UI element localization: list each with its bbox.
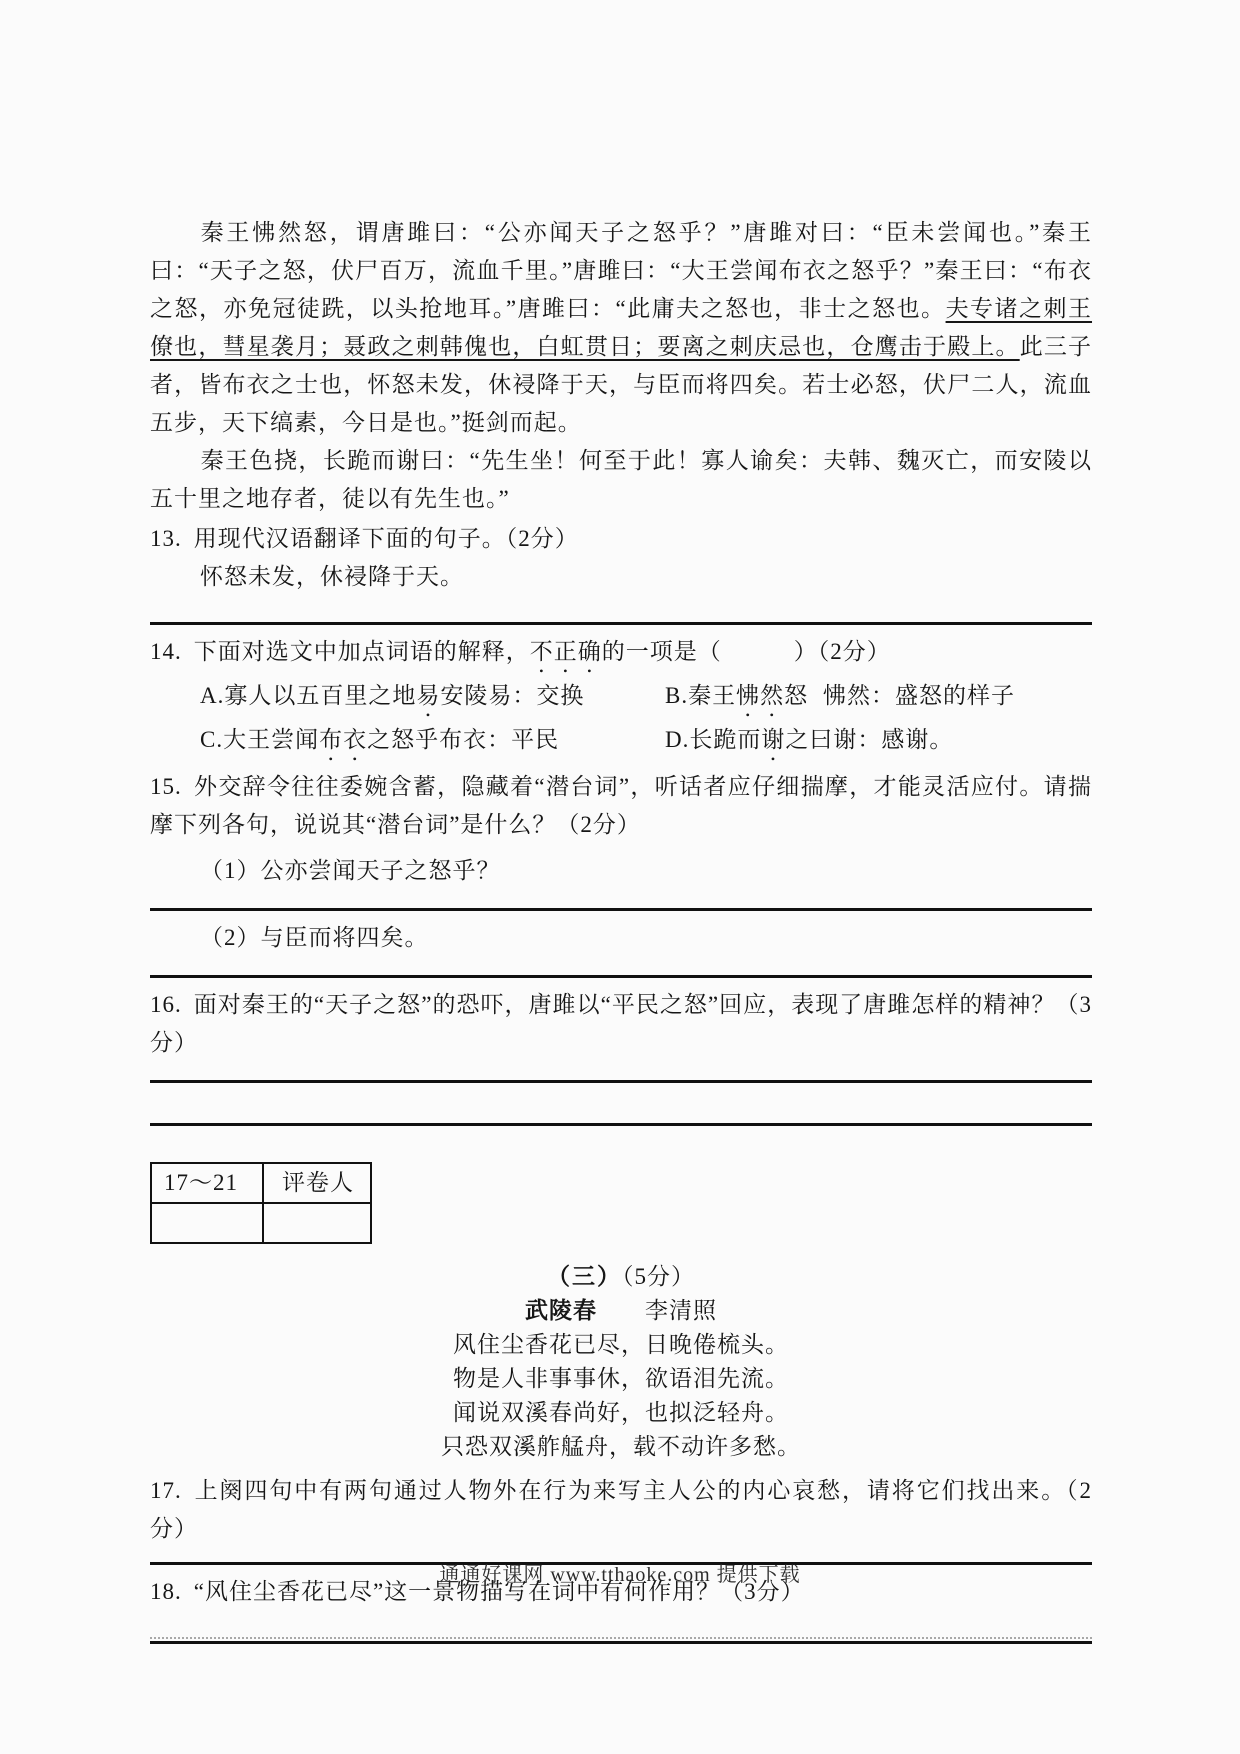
question-16-number: 16. (150, 992, 182, 1017)
grading-table-grader-label: 评卷人 (263, 1163, 371, 1203)
option-c-stem: C.大王尝闻布衣之怒乎 (200, 723, 439, 766)
dotted-guide-line (150, 1637, 1092, 1639)
poem-line-1: 风住尘香花已尽，日晚倦梳头。 (150, 1328, 1092, 1362)
option-b-gloss: 怫然：盛怒的样子 (823, 679, 1015, 722)
option-c-stem-pre: 大王尝闻 (223, 727, 319, 752)
option-a-dotted-word: 易 (416, 683, 440, 708)
question-17-number: 17. (150, 1478, 182, 1503)
section-3-heading: （三）（5分） (150, 1260, 1092, 1294)
exam-page: 秦王怫然怒，谓唐雎曰：“公亦闻天子之怒乎？”唐雎对曰：“臣未尝闻也。”秦王曰：“… (0, 0, 1240, 1754)
answer-line (150, 622, 1092, 625)
option-b: B.秦王怫然怒怫然：盛怒的样子 (665, 679, 1092, 722)
option-b-stem: B.秦王怫然怒 (665, 679, 823, 722)
passage-paragraph-2: 秦王色挠，长跪而谢曰：“先生坐！何至于此！寡人谕矣：夫韩、魏灭亡，而安陵以五十里… (150, 442, 1092, 518)
poem-line-2: 物是人非事事休，欲语泪先流。 (150, 1362, 1092, 1396)
question-14-number: 14. (150, 639, 182, 664)
option-b-stem-pre: 秦王 (688, 683, 736, 708)
grading-table-empty-row (151, 1203, 371, 1243)
grading-table: 17～21 评卷人 (150, 1162, 372, 1244)
exam-content: 秦王怫然怒，谓唐雎曰：“公亦闻天子之怒乎？”唐雎对曰：“臣未尝闻也。”秦王曰：“… (150, 214, 1092, 1644)
question-17-prompt: 上阕四句中有两句通过人物外在行为来写主人公的内心哀愁，请将它们找出来。（2分） (150, 1478, 1092, 1541)
passage-paragraph-1: 秦王怫然怒，谓唐雎曰：“公亦闻天子之怒乎？”唐雎对曰：“臣未尝闻也。”秦王曰：“… (150, 214, 1092, 442)
option-b-dotted-word: 怫然 (736, 683, 784, 708)
question-14-prompt-post: 的一项是（ ）（2分） (602, 639, 891, 664)
grading-table-score-cell (263, 1203, 371, 1243)
question-14-options-row-1: A.寡人以五百里之地易安陵易：交换 B.秦王怫然怒怫然：盛怒的样子 (150, 679, 1092, 722)
option-c: C.大王尝闻布衣之怒乎布衣：平民 (200, 723, 665, 766)
section-3-score: （5分） (622, 1264, 695, 1289)
option-d-gloss: 谢：感谢。 (833, 723, 953, 766)
question-14-prompt-emphasis: 不正确 (530, 639, 602, 664)
section-3-number: （三） (547, 1264, 622, 1289)
question-17: 17.上阕四句中有两句通过人物外在行为来写主人公的内心哀愁，请将它们找出来。（2… (150, 1472, 1092, 1548)
answer-line (150, 908, 1092, 911)
answer-line (150, 1080, 1092, 1083)
poem-title-row: 武陵春 李清照 (150, 1294, 1092, 1328)
question-13-sentence: 怀怒未发，休祲降于天。 (150, 558, 1092, 596)
question-14-options-row-2: C.大王尝闻布衣之怒乎布衣：平民 D.长跪而谢之曰谢：感谢。 (150, 723, 1092, 766)
option-d-stem-pre: 长跪而 (689, 727, 761, 752)
option-c-dotted-word: 布衣 (319, 727, 367, 752)
question-13-number: 13. (150, 526, 182, 551)
question-13: 13.用现代汉语翻译下面的句子。（2分） (150, 520, 1092, 558)
grading-table-header-row: 17～21 评卷人 (151, 1163, 371, 1203)
option-b-label: B. (665, 683, 688, 708)
grading-table-empty-cell (151, 1203, 263, 1243)
option-a-label: A. (200, 683, 224, 708)
question-15-item-1: （1）公亦尝闻天子之怒乎？ (150, 852, 1092, 890)
poem-title: 武陵春 (525, 1298, 597, 1323)
question-15-prompt: 外交辞令往往委婉含蓄，隐藏着“潜台词”，听话者应仔细揣摩，才能灵活应付。请揣摩下… (150, 774, 1092, 837)
question-13-prompt: 用现代汉语翻译下面的句子。（2分） (194, 526, 579, 551)
question-14-prompt-pre: 下面对选文中加点词语的解释， (194, 639, 530, 664)
option-c-label: C. (200, 727, 223, 752)
option-a: A.寡人以五百里之地易安陵易：交换 (200, 679, 665, 722)
option-a-stem-pre: 寡人以五百里之地 (224, 683, 416, 708)
option-a-gloss: 易：交换 (488, 679, 584, 722)
question-16: 16.面对秦王的“天子之怒”的恐吓，唐雎以“平民之怒”回应，表现了唐雎怎样的精神… (150, 986, 1092, 1062)
answer-line (150, 975, 1092, 978)
answer-line (150, 1641, 1092, 1644)
poem-author: 李清照 (645, 1298, 717, 1323)
option-d: D.长跪而谢之曰谢：感谢。 (665, 723, 1092, 766)
option-a-stem-post: 安陵 (440, 683, 488, 708)
option-d-stem-post: 之曰 (785, 727, 833, 752)
option-a-stem: A.寡人以五百里之地易安陵 (200, 679, 488, 722)
question-15-item-2: （2）与臣而将四矣。 (150, 919, 1092, 957)
grading-table-question-range: 17～21 (151, 1163, 263, 1203)
option-b-stem-post: 怒 (784, 683, 808, 708)
question-15-number: 15. (150, 774, 182, 799)
option-d-label: D. (665, 727, 689, 752)
question-14: 14.下面对选文中加点词语的解释，不正确的一项是（ ）（2分） (150, 633, 1092, 678)
option-d-dotted-word: 谢 (761, 727, 785, 752)
poem-line-4: 只恐双溪舴艋舟，载不动许多愁。 (150, 1430, 1092, 1464)
option-c-stem-post: 之怒乎 (367, 727, 439, 752)
poem-line-3: 闻说双溪春尚好，也拟泛轻舟。 (150, 1396, 1092, 1430)
page-footer: 通通好课网 www.tthaoke.com 提供下载 (0, 1558, 1240, 1587)
question-16-prompt: 面对秦王的“天子之怒”的恐吓，唐雎以“平民之怒”回应，表现了唐雎怎样的精神？（3… (150, 992, 1092, 1055)
option-c-gloss: 布衣：平民 (439, 723, 559, 766)
answer-line (150, 1123, 1092, 1126)
option-d-stem: D.长跪而谢之曰 (665, 723, 833, 766)
question-15: 15.外交辞令往往委婉含蓄，隐藏着“潜台词”，听话者应仔细揣摩，才能灵活应付。请… (150, 768, 1092, 844)
